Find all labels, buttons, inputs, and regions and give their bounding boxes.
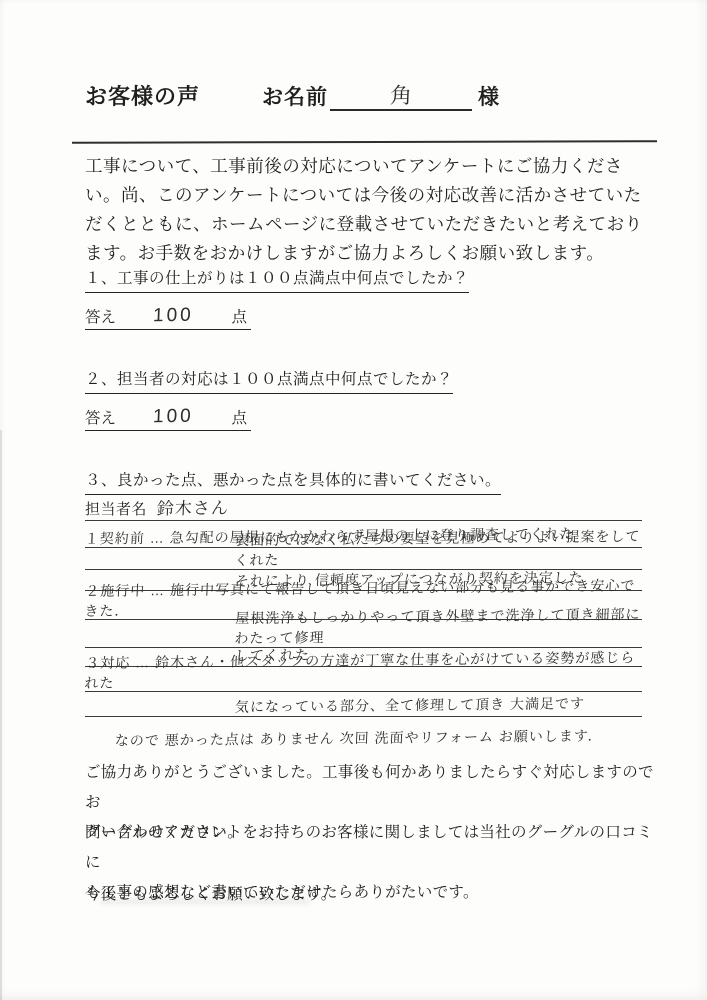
comment-text: 表面的ではなく私たちの要望を見極めてよりよい提案をしてくれた [234,526,643,570]
answer-unit: 点 [231,305,247,327]
comment-text: ３対応 … 鈴木さん・他スタッフの方達が丁寧な仕事を心がけている姿勢が感じられた [84,647,643,693]
question-2-label: ２、担当者の対応は１００点満点中何点でしたか？ [85,367,453,394]
comment-row: なので 悪かった点は ありません 次回 洗面やリフォーム お願いします． [85,717,642,749]
name-field-line: 角 [330,85,472,111]
question-1-label: １、工事の仕上がりは１００点満点中何点でしたか？ [85,266,469,293]
staff-name-label: 担当者名 [85,498,147,519]
comment-text: 屋根洗浄もしっかりやって頂き外壁まで洗浄して頂き細部にわたって修理 [234,604,643,648]
question-2-answer-line: 答え 100 点 [85,401,251,431]
honorific-label: 様 [478,81,500,111]
question-1: １、工事の仕上がりは１００点満点中何点でしたか？ [85,266,469,293]
page-title: お客様の声 [85,80,200,111]
answer-unit: 点 [231,406,247,428]
header-divider-rule [72,140,657,144]
staff-name-row: 担当者名 鈴木さん [85,495,642,521]
comment-text: なので 悪かった点は ありません 次回 洗面やリフォーム お願いします． [114,725,603,750]
handwritten-score-2: 100 [153,406,195,428]
comments-section: 担当者名 鈴木さん １契約前 … 急勾配の屋根にもかかわらず屋根の上に登り調査し… [85,495,642,749]
question-2: ２、担当者の対応は１００点満点中何点でしたか？ [85,367,453,394]
question-3-label: ３、良かった点、悪かった点を具体的に書いてください。 [85,468,501,495]
comment-text: 気になっている部分、全て修理して頂き 大満足です [234,693,585,717]
handwritten-name: 角 [389,85,413,107]
handwritten-staff-name: 鈴木さん [156,494,229,520]
question-1-answer-line: 答え 100 点 [85,300,251,330]
scanned-survey-document: お客様の声 お名前 角 様 工事について、工事前後の対応についてアンケートにご協… [0,0,707,1000]
intro-paragraph: 工事について、工事前後の対応についてアンケートにご協力くださ い。尚、このアンケ… [85,152,650,268]
comment-row: 屋根洗浄もしっかりやって頂き外壁まで洗浄して頂き細部にわたって修理 [85,620,642,648]
question-3: ３、良かった点、悪かった点を具体的に書いてください。 [85,468,501,495]
handwritten-score-1: 100 [153,305,195,327]
name-field-label: お名前 [262,81,328,111]
closing-paragraph: 今後ともよろしくお願い致します。 [85,880,655,910]
answer-label: 答え [85,406,116,428]
scan-smudge-artifact [100,898,310,905]
document-header: お客様の声 お名前 角 様 [85,80,645,111]
comment-row: 気になっている部分、全て修理して頂き 大満足です [85,692,642,717]
comment-row: ３対応 … 鈴木さん・他スタッフの方達が丁寧な仕事を心がけている姿勢が感じられた [85,667,642,692]
answer-label: 答え [85,305,116,327]
scan-edge-artifact [0,430,2,1000]
